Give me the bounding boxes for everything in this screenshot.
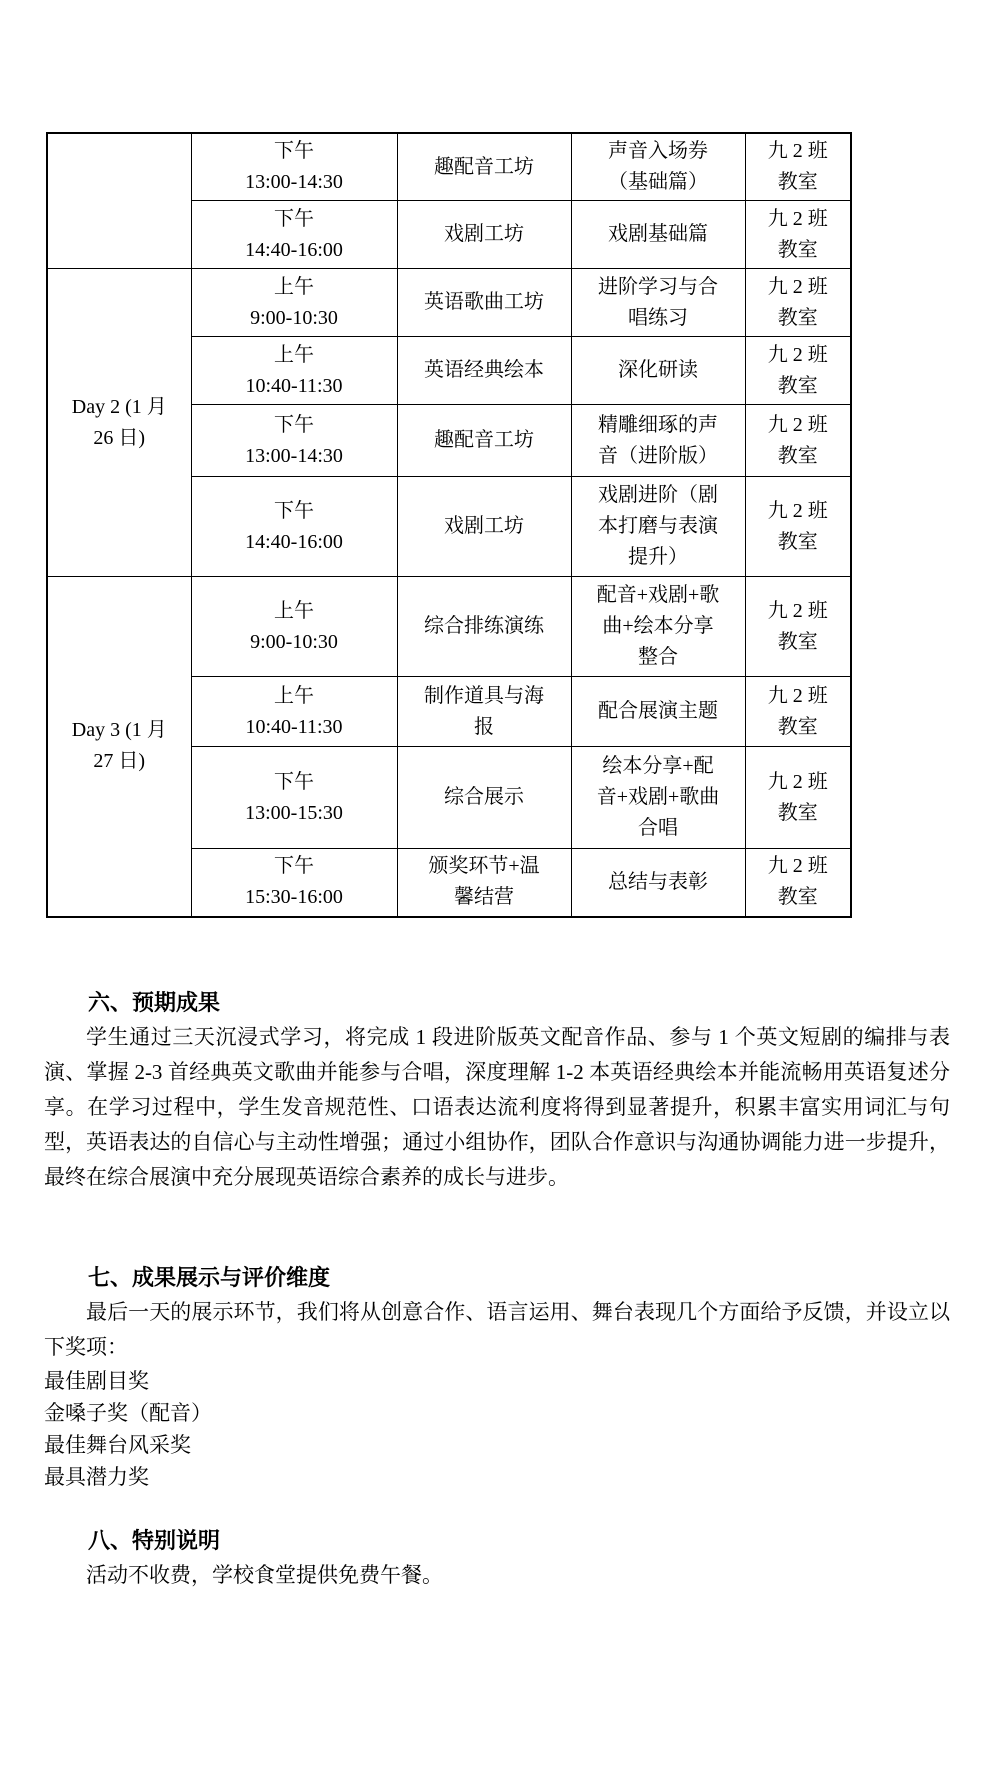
cell-activity: 英语歌曲工坊 [397,269,571,337]
cell-activity: 制作道具与海 报 [397,677,571,747]
table-row: 下午 13:00-14:30 趣配音工坊 声音入场券 （基础篇） 九 2 班 教… [47,133,851,201]
cell-time: 上午 9:00-10:30 [191,577,397,677]
award-item: 最佳剧目奖 [44,1365,950,1397]
cell-room: 九 2 班 教室 [745,337,851,405]
cell-room: 九 2 班 教室 [745,133,851,201]
cell-room: 九 2 班 教室 [745,201,851,269]
cell-time: 下午 14:40-16:00 [191,201,397,269]
cell-activity: 颁奖环节+温 馨结营 [397,849,571,917]
cell-time: 下午 14:40-16:00 [191,477,397,577]
cell-time: 上午 10:40-11:30 [191,677,397,747]
section-heading-expected-outcomes: 六、预期成果 [44,985,950,1020]
special-notes-paragraph: 活动不收费，学校食堂提供免费午餐。 [44,1558,950,1593]
expected-outcomes-paragraph: 学生通过三天沉浸式学习，将完成 1 段进阶版英文配音作品、参与 1 个英文短剧的… [44,1020,950,1195]
award-item: 最具潜力奖 [44,1461,950,1493]
cell-room: 九 2 班 教室 [745,477,851,577]
schedule-table: 下午 13:00-14:30 趣配音工坊 声音入场券 （基础篇） 九 2 班 教… [46,132,852,918]
section-heading-special-notes: 八、特别说明 [44,1523,950,1558]
cell-room: 九 2 班 教室 [745,577,851,677]
award-item: 金嗓子奖（配音） [44,1397,950,1429]
cell-time: 上午 10:40-11:30 [191,337,397,405]
cell-content: 精雕细琢的声 音（进阶版） [571,405,745,477]
cell-day: Day 3 (1 月 27 日) [47,577,191,917]
cell-activity: 戏剧工坊 [397,201,571,269]
cell-activity: 英语经典绘本 [397,337,571,405]
cell-room: 九 2 班 教室 [745,405,851,477]
text-sections: 六、预期成果 学生通过三天沉浸式学习，将完成 1 段进阶版英文配音作品、参与 1… [44,985,950,1593]
cell-content: 戏剧进阶（剧 本打磨与表演 提升） [571,477,745,577]
cell-time: 下午 13:00-14:30 [191,133,397,201]
cell-activity: 戏剧工坊 [397,477,571,577]
table-row: Day 2 (1 月 26 日) 上午 9:00-10:30 英语歌曲工坊 进阶… [47,269,851,337]
cell-time: 上午 9:00-10:30 [191,269,397,337]
cell-content: 声音入场券 （基础篇） [571,133,745,201]
cell-activity: 综合展示 [397,747,571,849]
cell-room: 九 2 班 教室 [745,269,851,337]
cell-time: 下午 13:00-14:30 [191,405,397,477]
cell-time: 下午 15:30-16:00 [191,849,397,917]
cell-activity: 综合排练演练 [397,577,571,677]
cell-content: 绘本分享+配 音+戏剧+歌曲 合唱 [571,747,745,849]
cell-content: 进阶学习与合 唱练习 [571,269,745,337]
cell-content: 配音+戏剧+歌 曲+绘本分享 整合 [571,577,745,677]
cell-content: 戏剧基础篇 [571,201,745,269]
cell-activity: 趣配音工坊 [397,405,571,477]
cell-content: 深化研读 [571,337,745,405]
showcase-evaluation-paragraph: 最后一天的展示环节，我们将从创意合作、语言运用、舞台表现几个方面给予反馈，并设立… [44,1295,950,1365]
cell-room: 九 2 班 教室 [745,849,851,917]
section-heading-showcase-evaluation: 七、成果展示与评价维度 [44,1260,950,1295]
table-row: Day 3 (1 月 27 日) 上午 9:00-10:30 综合排练演练 配音… [47,577,851,677]
award-item: 最佳舞台风采奖 [44,1429,950,1461]
awards-list: 最佳剧目奖 金嗓子奖（配音） 最佳舞台风采奖 最具潜力奖 [44,1365,950,1493]
cell-room: 九 2 班 教室 [745,747,851,849]
cell-day [47,133,191,269]
document-page: 下午 13:00-14:30 趣配音工坊 声音入场券 （基础篇） 九 2 班 教… [0,0,994,1768]
cell-activity: 趣配音工坊 [397,133,571,201]
cell-day: Day 2 (1 月 26 日) [47,269,191,577]
cell-content: 总结与表彰 [571,849,745,917]
cell-time: 下午 13:00-15:30 [191,747,397,849]
cell-content: 配合展演主题 [571,677,745,747]
cell-room: 九 2 班 教室 [745,677,851,747]
